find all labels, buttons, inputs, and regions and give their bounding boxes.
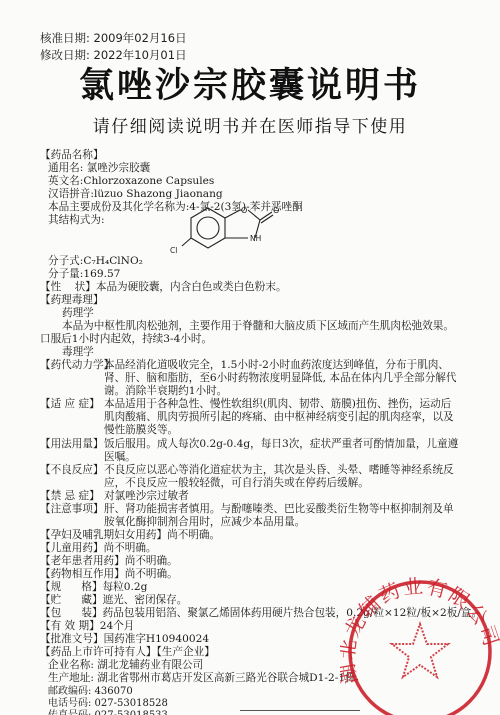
company-address: 生产地址: 湖北省鄂州市葛店开发区高新三路光谷联合城D1-2-1栋 <box>48 672 356 685</box>
pharmacokinetics-line: 肾、肝、脑和脂肪，至6小时药物浓度明显降低, 本品在体内几乎全部分解代 <box>104 372 456 385</box>
svg-text:湖北龙辅药业有限公司: 湖北龙辅药业有限公司 <box>340 574 500 686</box>
section-heading-drug-name: 【药品名称】 <box>40 149 104 162</box>
dosage-line: 饭后服用。成人每次0.2g-0.4g，每日3次，症状严重者可酌情加量，儿童遵 <box>104 438 458 451</box>
company-name: 企业名称: 湖北龙辅药业有限公司 <box>48 659 203 672</box>
section-heading-holder: 【药品上市许可持有人】【生产企业】 <box>40 646 215 659</box>
section-heading-specification: 【规 格】 <box>40 581 103 593</box>
approval-date: 核准日期: 2009年02月16日 <box>40 30 187 46</box>
section-storage: 【贮 藏】遮光、密闭保存。 <box>40 594 187 607</box>
molecular-formula: 分子式:C₇H₄ClNO₂ <box>48 255 143 268</box>
section-heading-validity: 【有 效 期】 <box>40 620 100 632</box>
section-heading-packaging: 【包 装】 <box>40 607 103 619</box>
section-interactions: 【药物相互作用】尚不明确。 <box>40 568 178 581</box>
pharmacology-subheading: 药理学 <box>62 307 94 320</box>
section-approval-number: 【批准文号】国药准字H10940024 <box>40 633 209 646</box>
section-heading-precautions: 【注意事项】 <box>40 503 104 516</box>
section-heading-storage: 【贮 藏】 <box>40 594 103 606</box>
company-fax: 传真号码: 027-53018533 <box>48 709 168 715</box>
company-seal: 湖北龙辅药业有限公司 <box>340 572 500 715</box>
section-heading-dosage: 【用法用量】 <box>40 438 104 451</box>
seal-text: 湖北龙辅药业有限公司 <box>340 574 500 686</box>
pharmacokinetics-line: 本品经消化道吸收完全，1.5小时-2小时血药浓度达到峰值，分布于肌肉、 <box>104 359 449 372</box>
generic-name: 通用名: 氯唑沙宗胶囊 <box>48 162 150 175</box>
indications-line: 本品适用于各种急性、慢性软组织(肌肉、韧带、筋膜)扭伤、挫伤，运动后 <box>104 398 451 411</box>
english-name: 英文名:Chlorzoxazone Capsules <box>48 175 214 188</box>
section-heading-adverse: 【不良反应】 <box>40 464 104 477</box>
section-heading-approval: 【批准文号】 <box>40 633 104 645</box>
molecular-weight: 分子量:169.57 <box>48 268 120 281</box>
pregnancy-text: 尚不明确。 <box>167 529 220 541</box>
pharmacology-text-1: 本品为中枢性肌肉松弛剂，主要作用于脊髓和大脑皮质下区域而产生肌肉松弛效果。 <box>62 320 454 333</box>
precautions-line: 胺氧化酶抑制剂合用时，应减少本品用量。 <box>104 516 305 529</box>
revision-date: 修改日期: 2022年10月01日 <box>40 47 187 63</box>
geriatric-text: 尚不明确。 <box>125 555 178 567</box>
pharmacokinetics-line: 谢。消除半衰期约1小时。 <box>104 385 227 398</box>
section-heading-indications: 【适 应 症】 <box>40 398 100 411</box>
atom-nh: NH <box>250 234 261 243</box>
section-properties: 【性 状】本品为硬胶囊，内含白色或类白色粉末。 <box>40 281 287 294</box>
pharmacology-text-2: 口服后1小时内起效，持续3-4小时。 <box>40 333 212 346</box>
section-heading-contraindications: 【禁 忌 症】 <box>40 490 100 503</box>
structure-label: 其结构式为: <box>48 214 105 227</box>
properties-text: 本品为硬胶囊，内含白色或类白色粉末。 <box>96 281 287 293</box>
section-specification: 【规 格】每粒0.2g <box>40 581 147 594</box>
precautions-line: 肝、肾功能损害者慎用。与酚噻嗪类、巴比妥酸类衍生物等中枢抑制剂及单 <box>104 503 454 516</box>
pediatric-text: 尚不明确。 <box>104 542 157 554</box>
section-heading-pharmacology: 【药理毒理】 <box>40 294 104 307</box>
validity-text: 24个月 <box>100 620 135 632</box>
adverse-line: 应，不良反应一般较轻微，可自行消失或在停药后缓解。 <box>104 477 369 490</box>
star-icon <box>392 624 448 677</box>
adverse-line: 不良反应以恶心等消化道症状为主，其次是头昏、头晕、嗜睡等神经系统反 <box>104 464 454 477</box>
specification-text: 每粒0.2g <box>103 581 148 593</box>
section-heading-interactions: 【药物相互作用】 <box>40 568 125 580</box>
contraindications-text: 对氯唑沙宗过敏者 <box>104 490 189 503</box>
chemical-structure-diagram: O O NH Cl <box>170 198 290 268</box>
indications-line: 肌肉酸痛、肌肉劳损所引起的疼痛、由中枢神经病变引起的肌肉痉挛，以及 <box>104 411 454 424</box>
indications-line: 慢性筋膜炎等。 <box>104 424 178 437</box>
interactions-text: 尚不明确。 <box>125 568 178 580</box>
section-geriatric: 【老年患者用药】尚不明确。 <box>40 555 178 568</box>
section-heading-properties: 【性 状】 <box>40 281 96 293</box>
atom-o-carbonyl: O <box>273 206 279 215</box>
document-title: 氯唑沙宗胶囊说明书 <box>0 66 500 106</box>
atom-o-ring: O <box>241 206 247 215</box>
section-pregnancy: 【孕妇及哺乳期妇女用药】尚不明确。 <box>40 529 220 542</box>
section-pediatric: 【儿童用药】尚不明确。 <box>40 542 157 555</box>
section-heading-geriatric: 【老年患者用药】 <box>40 555 125 567</box>
dosage-line: 医嘱。 <box>104 451 136 464</box>
storage-text: 遮光、密闭保存。 <box>103 594 188 606</box>
approval-number: 国药准字H10940024 <box>104 633 210 645</box>
section-heading-pregnancy: 【孕妇及哺乳期妇女用药】 <box>40 529 167 541</box>
document-subtitle: 请仔细阅读说明书并在医师指导下使用 <box>0 112 500 137</box>
toxicology-subheading: 毒理学 <box>62 346 94 359</box>
atom-cl: Cl <box>170 246 177 255</box>
section-validity: 【有 效 期】24个月 <box>40 620 134 633</box>
section-heading-pediatric: 【儿童用药】 <box>40 542 104 554</box>
